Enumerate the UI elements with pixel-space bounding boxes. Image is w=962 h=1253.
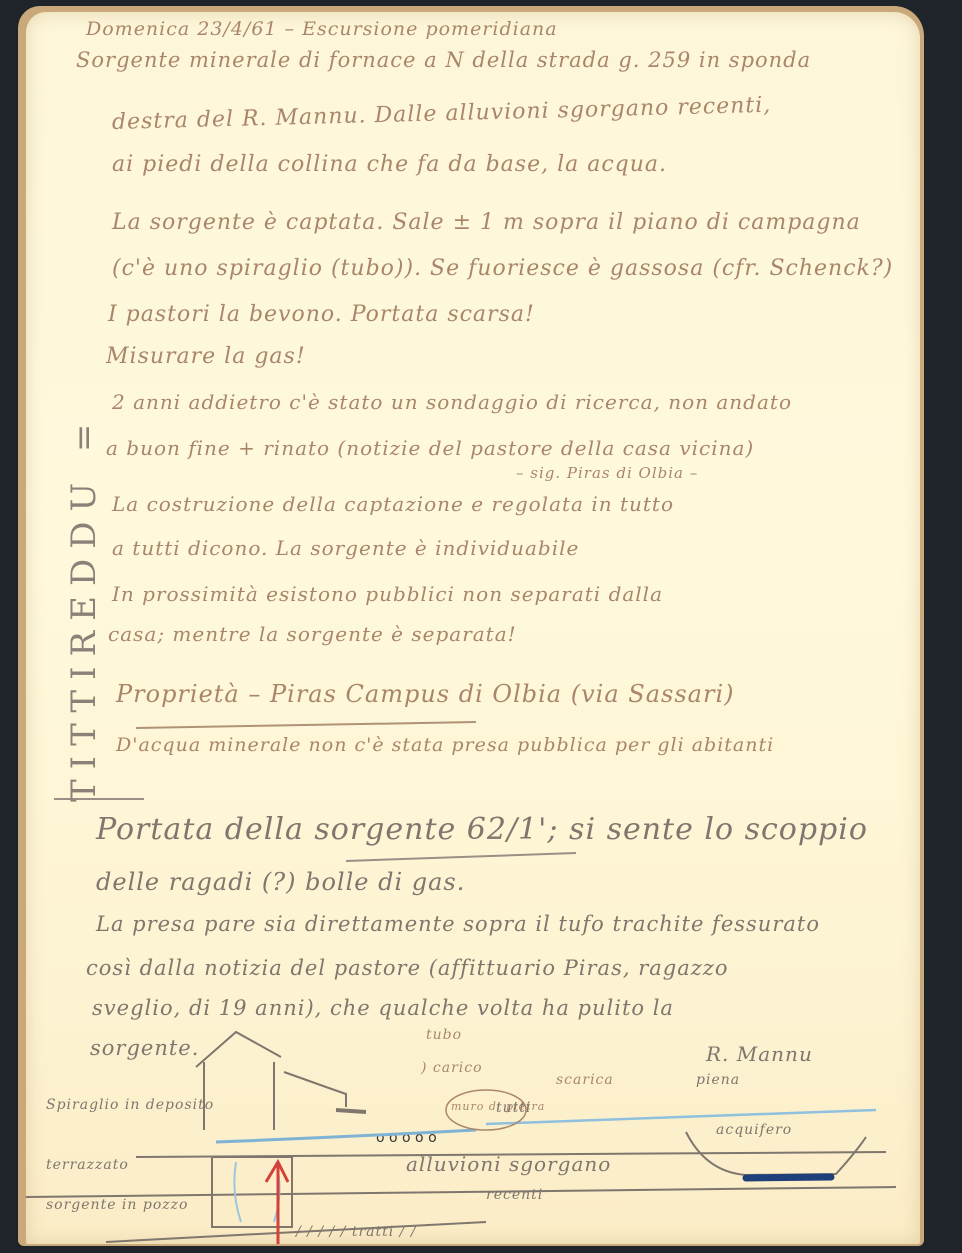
sketch-label-tutti: tutti [496, 1100, 531, 1116]
sketch-label-scarica: scarica [556, 1072, 614, 1088]
sketch-label-bottom: / / / / / tratti / / [296, 1224, 417, 1240]
notebook-page: Domenica 23/4/61 – Escursione pomeridian… [26, 12, 920, 1244]
sketch-label-piena: piena [696, 1072, 740, 1088]
sketch-label-terrazzo: terrazzato [46, 1157, 129, 1173]
sketch-label-spiraglio: Spiraglio in deposito [46, 1097, 214, 1113]
sketch-label-acquifero: acquifero [716, 1122, 792, 1138]
sketch-label-sorgente: sorgente in pozzo [46, 1197, 188, 1213]
sketch-label-recenti: recenti [486, 1187, 543, 1203]
sketch-label-tubo: tubo [426, 1027, 462, 1043]
sketch-label-fiume: R. Mannu [706, 1042, 813, 1066]
sketch-label-carico: ) carico [421, 1060, 483, 1076]
sketch-label-alluvioni: alluvioni sgorgano [406, 1152, 611, 1176]
